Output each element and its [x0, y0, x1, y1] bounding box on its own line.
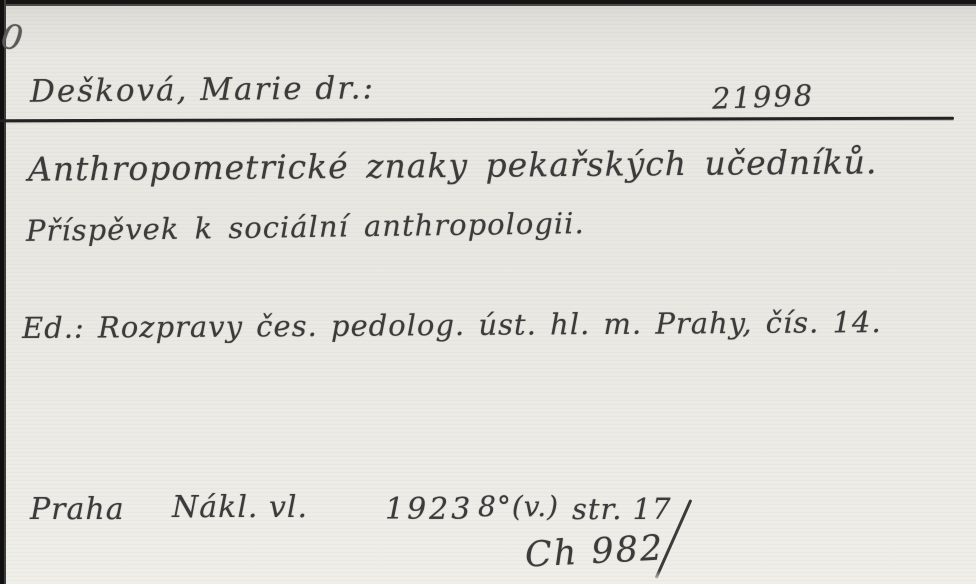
- imprint-format: 8°(v.): [478, 490, 559, 523]
- header-divider-rule: [0, 117, 954, 122]
- title-line-2: Příspěvek k sociální anthropologii.: [26, 206, 585, 248]
- scan-left-edge: [0, 0, 6, 584]
- title-line-1: Anthropometrické znaky pekařských učední…: [28, 142, 878, 188]
- imprint-year: 1923: [385, 492, 473, 527]
- scan-top-edge: [0, 0, 976, 6]
- catalog-card-scan: 0 Dešková, Marie dr.: 21998 Anthropometr…: [0, 0, 976, 584]
- imprint-publisher: Nákl. vl.: [172, 490, 308, 525]
- call-number: Ch 982: [524, 528, 665, 575]
- series-statement: Ed.: Rozpravy čes. pedolog. úst. hl. m. …: [22, 305, 882, 345]
- imprint-pages: str. 17: [572, 492, 672, 526]
- imprint-place: Praha: [30, 492, 125, 527]
- author-heading: Dešková, Marie dr.:: [30, 70, 375, 110]
- accession-number: 21998: [711, 78, 814, 116]
- margin-mark: 0: [0, 17, 26, 60]
